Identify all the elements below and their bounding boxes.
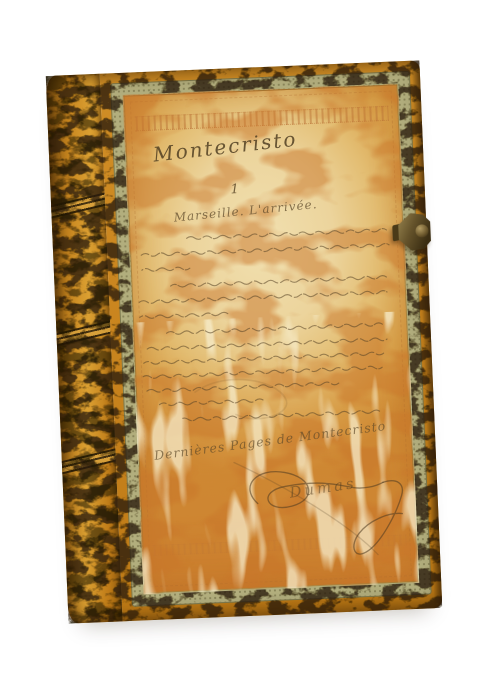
spine-raised-band: [58, 448, 121, 475]
manuscript-page: Montecristo 1 Marseille. L'arrivée. Dern…: [123, 83, 420, 594]
manuscript-handwriting: [123, 83, 420, 594]
book-clasp: [394, 210, 438, 254]
journal-book: Montecristo 1 Marseille. L'arrivée. Dern…: [46, 60, 443, 623]
spine-raised-band: [47, 192, 110, 219]
spine-raised-band: [53, 320, 116, 347]
product-photo-stage: Montecristo 1 Marseille. L'arrivée. Dern…: [0, 0, 490, 700]
